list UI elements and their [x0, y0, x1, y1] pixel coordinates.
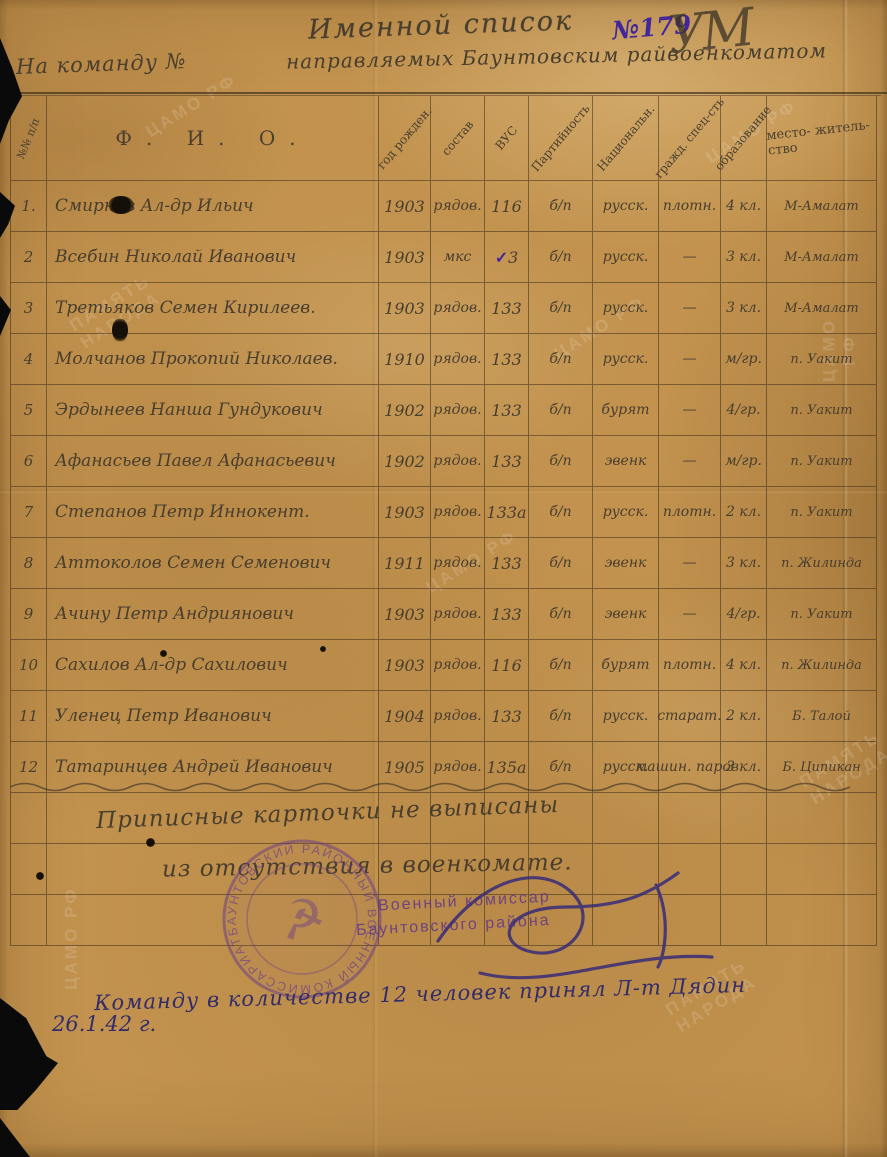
table-cell: рядов.: [431, 181, 485, 232]
table-cell: Сахилов Ал-др Сахилович: [47, 640, 379, 691]
table-cell: 133: [485, 589, 529, 640]
table-cell: рядов.: [431, 538, 485, 589]
table-cell: 3 кл.: [721, 232, 767, 283]
table-cell: Молчанов Прокопий Николаев.: [47, 334, 379, 385]
table-cell: рядов.: [431, 640, 485, 691]
table-cell: Афанасьев Павел Афанасьевич: [47, 436, 379, 487]
table-cell: 133: [485, 436, 529, 487]
table-cell: 4/гр.: [721, 589, 767, 640]
table-cell: М-Амалат: [767, 283, 877, 334]
paper-hole: [36, 872, 44, 880]
table-cell: русск.: [593, 334, 659, 385]
empty-cell: [767, 895, 877, 946]
table-cell: —: [659, 538, 721, 589]
table-cell: 133: [485, 385, 529, 436]
table-cell: рядов.: [431, 436, 485, 487]
table-cell: 3 кл.: [721, 283, 767, 334]
table-cell: 1911: [379, 538, 431, 589]
table-cell: 1903: [379, 283, 431, 334]
table-cell: 133: [485, 334, 529, 385]
table-cell: б/п: [529, 181, 593, 232]
table-cell: п. Жилинда: [767, 640, 877, 691]
table-cell: Б. Талой: [767, 691, 877, 742]
table-cell: б/п: [529, 691, 593, 742]
table-cell: п. Уакит: [767, 436, 877, 487]
column-header: состав: [431, 96, 485, 181]
table-cell: 5: [11, 385, 47, 436]
table-cell: русск.: [593, 232, 659, 283]
table-cell: рядов.: [431, 385, 485, 436]
column-header: место- житель- ство: [767, 96, 877, 181]
table-cell: бурят: [593, 640, 659, 691]
table-cell: Аттоколов Семен Семенович: [47, 538, 379, 589]
table-cell: Всебин Николай Иванович: [47, 232, 379, 283]
table-cell: 1.: [11, 181, 47, 232]
table-cell: плотн.: [659, 487, 721, 538]
table-cell: рядов.: [431, 487, 485, 538]
table-cell: б/п: [529, 640, 593, 691]
table-cell: 4/гр.: [721, 385, 767, 436]
paper-hole: [108, 196, 134, 214]
table-cell: м/гр.: [721, 334, 767, 385]
table-cell: 1904: [379, 691, 431, 742]
paper-hole: [320, 646, 326, 652]
table-cell: 8: [11, 538, 47, 589]
empty-cell: [659, 793, 721, 844]
table-cell: 2: [11, 232, 47, 283]
table-cell: эвенк: [593, 436, 659, 487]
table-cell: Третьяков Семен Кирилеев.: [47, 283, 379, 334]
table-cell: б/п: [529, 334, 593, 385]
table-cell: 11: [11, 691, 47, 742]
empty-cell: [593, 793, 659, 844]
table-cell: п. Уакит: [767, 385, 877, 436]
empty-cell: [767, 793, 877, 844]
table-cell: 1902: [379, 385, 431, 436]
column-header: №№ п/п: [11, 96, 47, 181]
column-header: Ф. И. О.: [47, 96, 379, 181]
table-cell: Степанов Петр Иннокент.: [47, 487, 379, 538]
table-cell: п. Жилинда: [767, 538, 877, 589]
paper-hole: [160, 650, 167, 657]
table-cell: старат.: [659, 691, 721, 742]
table-cell: 116: [485, 640, 529, 691]
column-header: гражд. спец-сть: [659, 96, 721, 181]
paper-hole: [146, 838, 155, 847]
table-cell: б/п: [529, 436, 593, 487]
table-cell: 133а: [485, 487, 529, 538]
column-header: образование: [721, 96, 767, 181]
empty-cell: [767, 844, 877, 895]
table-cell: 6: [11, 436, 47, 487]
table-top-rule: [0, 92, 887, 94]
empty-cell: [11, 895, 47, 946]
table-cell: 133: [485, 691, 529, 742]
table-cell: 1903: [379, 589, 431, 640]
empty-cell: [11, 844, 47, 895]
paper-hole: [112, 318, 128, 342]
column-header: Партийность: [529, 96, 593, 181]
table-cell: ✓3: [485, 232, 529, 283]
table-cell: мкс: [431, 232, 485, 283]
table-cell: —: [659, 283, 721, 334]
table-cell: бурят: [593, 385, 659, 436]
table-cell: 4 кл.: [721, 181, 767, 232]
table-cell: 1903: [379, 487, 431, 538]
table-cell: Эрдынеев Нанша Гундукович: [47, 385, 379, 436]
column-header: год рожден.: [379, 96, 431, 181]
empty-cell: [721, 793, 767, 844]
table-cell: плотн.: [659, 640, 721, 691]
scanned-document-page: ЦАМО РФЦАМО РФПАМЯТЬ НАРОДАЦАМО РФЦАМО Р…: [0, 0, 887, 1157]
table-cell: б/п: [529, 232, 593, 283]
column-header: ВУС: [485, 96, 529, 181]
table-cell: русск.: [593, 487, 659, 538]
table-cell: Смирнов Ал-др Ильич: [47, 181, 379, 232]
table-cell: —: [659, 232, 721, 283]
table-cell: м/гр.: [721, 436, 767, 487]
table-cell: б/п: [529, 538, 593, 589]
table-cell: рядов.: [431, 691, 485, 742]
table-cell: —: [659, 589, 721, 640]
table-cell: 1910: [379, 334, 431, 385]
table-cell: 116: [485, 181, 529, 232]
table-cell: 3: [11, 283, 47, 334]
table-cell: б/п: [529, 487, 593, 538]
table-cell: п. Уакит: [767, 487, 877, 538]
table-cell: Уленец Петр Иванович: [47, 691, 379, 742]
table-cell: русск.: [593, 691, 659, 742]
commissar-signature: [420, 855, 730, 985]
table-cell: эвенк: [593, 538, 659, 589]
table-cell: рядов.: [431, 334, 485, 385]
table-cell: 3 кл.: [721, 538, 767, 589]
empty-cell: [11, 793, 47, 844]
table-cell: 1903: [379, 232, 431, 283]
table-cell: 9: [11, 589, 47, 640]
table-cell: 1903: [379, 640, 431, 691]
table-cell: 10: [11, 640, 47, 691]
table-cell: 2 кл.: [721, 691, 767, 742]
table-cell: эвенк: [593, 589, 659, 640]
table-cell: 133: [485, 538, 529, 589]
table-cell: русск.: [593, 181, 659, 232]
table-cell: М-Амалат: [767, 181, 877, 232]
table-cell: п. Уакит: [767, 589, 877, 640]
table-cell: плотн.: [659, 181, 721, 232]
table-cell: 133: [485, 283, 529, 334]
table-cell: Ачину Петр Андриянович: [47, 589, 379, 640]
table-cell: русск.: [593, 283, 659, 334]
table-cell: б/п: [529, 589, 593, 640]
table-cell: —: [659, 334, 721, 385]
end-of-list-squiggle: [10, 778, 870, 796]
table-cell: б/п: [529, 385, 593, 436]
table-cell: 2 кл.: [721, 487, 767, 538]
table-cell: б/п: [529, 283, 593, 334]
table-cell: 1903: [379, 181, 431, 232]
table-cell: 4: [11, 334, 47, 385]
table-cell: 7: [11, 487, 47, 538]
table-cell: п. Уакит: [767, 334, 877, 385]
table-cell: 1902: [379, 436, 431, 487]
table-cell: рядов.: [431, 283, 485, 334]
table-cell: —: [659, 436, 721, 487]
table-cell: —: [659, 385, 721, 436]
column-header: Национальн.: [593, 96, 659, 181]
table-cell: рядов.: [431, 589, 485, 640]
receipt-date: 26.1.42 г.: [52, 1012, 156, 1036]
table-cell: М-Амалат: [767, 232, 877, 283]
table-cell: 4 кл.: [721, 640, 767, 691]
